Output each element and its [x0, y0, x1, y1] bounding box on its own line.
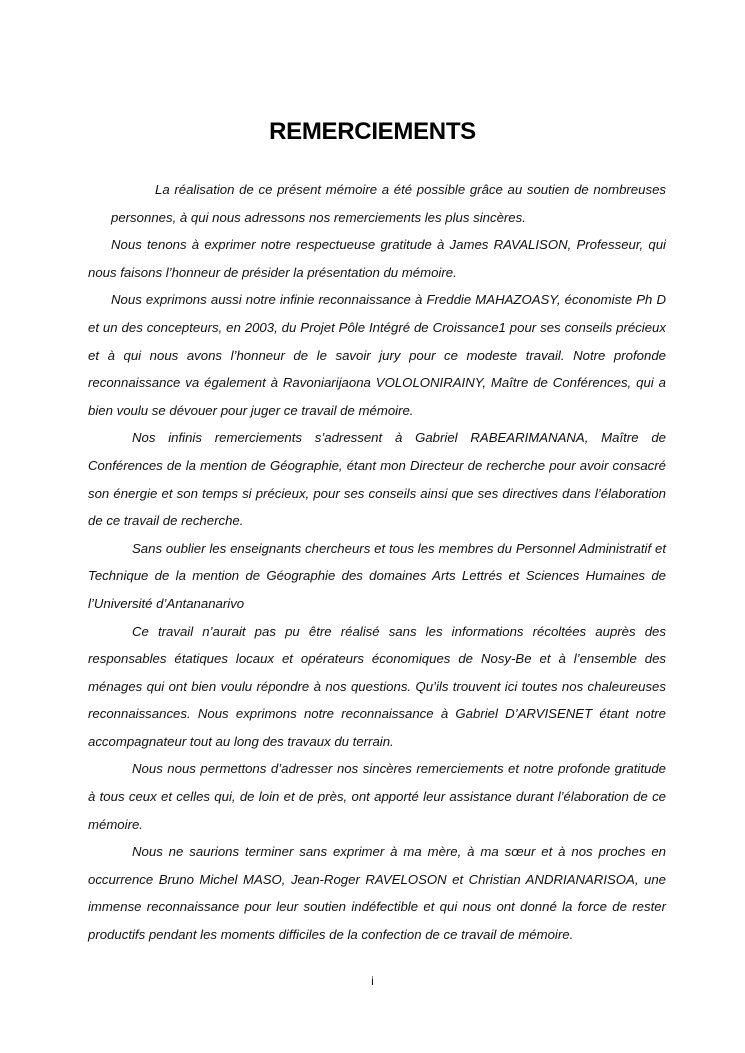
document-page: REMERCIEMENTS La réalisation de ce prése…: [0, 0, 745, 1053]
paragraph-president: Nous tenons à exprimer notre respectueus…: [88, 231, 666, 286]
paragraph-jury: Nous exprimons aussi notre infinie recon…: [88, 286, 666, 424]
document-body: La réalisation de ce présent mémoire a é…: [88, 176, 666, 949]
paragraph-assistance: Nous nous permettons d’adresser nos sinc…: [88, 755, 666, 838]
paragraph-family: Nous ne saurions terminer sans exprimer …: [88, 838, 666, 948]
paragraph-staff: Sans oublier les enseignants chercheurs …: [88, 535, 666, 618]
paragraph-field: Ce travail n’aurait pas pu être réalisé …: [88, 618, 666, 756]
paragraph-intro: La réalisation de ce présent mémoire a é…: [111, 176, 666, 231]
paragraph-director: Nos infinis remerciements s’adressent à …: [88, 424, 666, 534]
page-number: i: [0, 974, 745, 988]
page-title: REMERCIEMENTS: [0, 118, 745, 146]
